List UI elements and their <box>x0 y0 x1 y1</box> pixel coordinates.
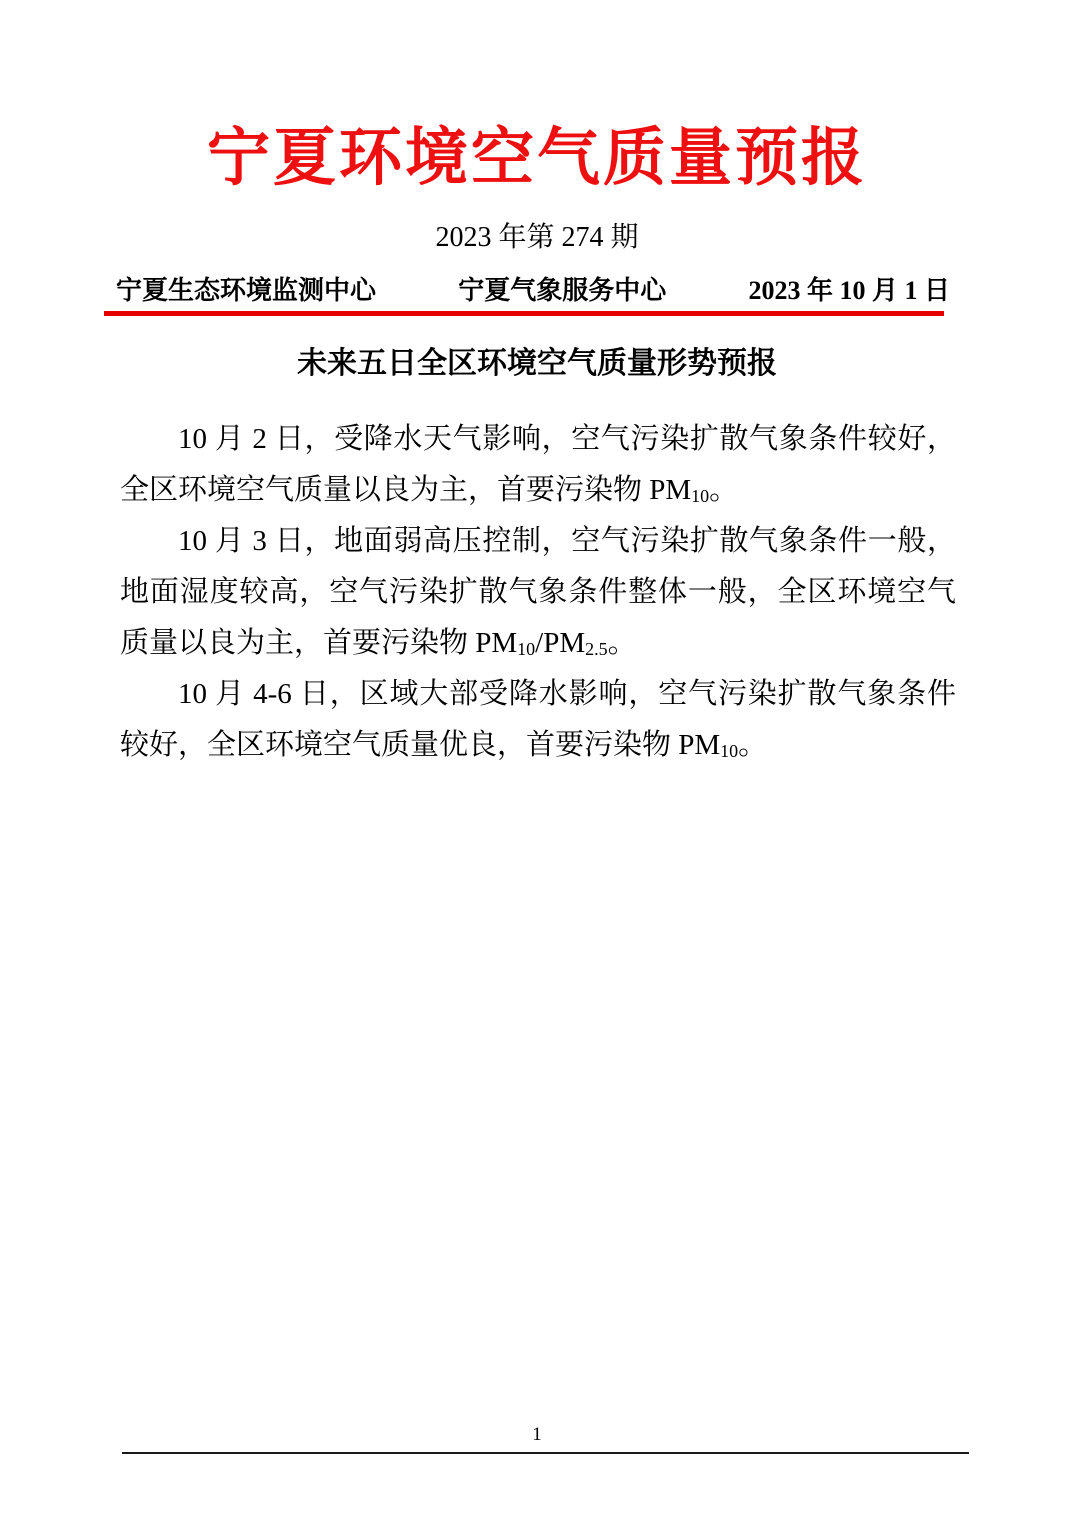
document-page: 宁夏环境空气质量预报 2023 年第 274 期 宁夏生态环境监测中心 宁夏气象… <box>0 0 1074 1520</box>
section-heading: 未来五日全区环境空气质量形势预报 <box>0 344 1074 384</box>
issue-date: 2023 年 10 月 1 日 <box>748 274 950 308</box>
forecast-paragraph-oct4-6: 10 月 4-6 日，区域大部受降水影响，空气污染扩散气象条件较好，全区环境空气… <box>120 669 956 771</box>
masthead-divider-rule <box>104 311 944 316</box>
document-body: 10 月 2 日，受降水天气影响，空气污染扩散气象条件较好，全区环境空气质量以良… <box>120 414 956 771</box>
footer-divider-rule <box>122 1452 969 1454</box>
page-number: 1 <box>0 1422 1074 1448</box>
document-title: 宁夏环境空气质量预报 <box>0 118 1074 198</box>
issue-number: 2023 年第 274 期 <box>0 220 1074 256</box>
forecast-paragraph-oct2: 10 月 2 日，受降水天气影响，空气污染扩散气象条件较好，全区环境空气质量以良… <box>120 414 956 516</box>
masthead-row: 宁夏生态环境监测中心 宁夏气象服务中心 2023 年 10 月 1 日 <box>116 274 950 308</box>
org-monitoring-center: 宁夏生态环境监测中心 <box>116 274 376 308</box>
org-weather-service-center: 宁夏气象服务中心 <box>458 274 666 308</box>
forecast-paragraph-oct3: 10 月 3 日，地面弱高压控制，空气污染扩散气象条件一般，地面湿度较高，空气污… <box>120 516 956 669</box>
